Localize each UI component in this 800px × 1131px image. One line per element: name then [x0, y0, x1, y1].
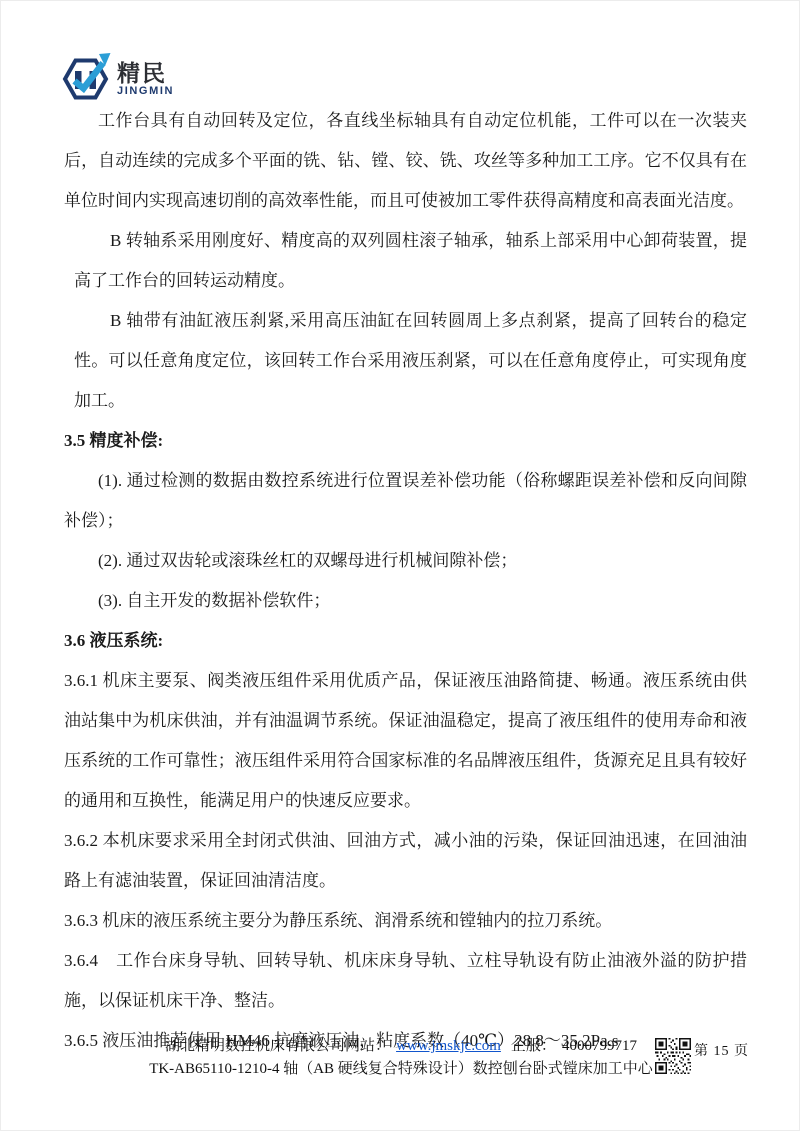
list-item-compensation-1: (1). 通过检测的数据由数控系统进行位置误差补偿功能（俗称螺距误差补偿和反向间…	[64, 461, 747, 541]
logo-name-en: JINGMIN	[117, 85, 174, 98]
section-heading-3-6: 3.6 液压系统:	[64, 621, 747, 661]
logo-name-cn: 精民	[117, 61, 174, 85]
document-body: 工作台具有自动回转及定位，各直线坐标轴具有自动定位机能，工件可以在一次装夹后，自…	[64, 101, 747, 1061]
jingmin-hexagon-logo-icon	[61, 53, 111, 105]
company-logo: 精民 JINGMIN	[61, 53, 174, 105]
qr-code	[655, 1038, 691, 1074]
paragraph-worktable-intro: 工作台具有自动回转及定位，各直线坐标轴具有自动定位机能，工件可以在一次装夹后，自…	[64, 101, 747, 221]
logo-wordmark: 精民 JINGMIN	[117, 61, 174, 98]
footer-website-link[interactable]: www.jmskjc.com	[396, 1038, 501, 1054]
page-number: 第 15 页	[694, 1040, 749, 1060]
footer-service-label: 企服：	[511, 1038, 556, 1054]
list-item-compensation-2: (2). 通过双齿轮或滚珠丝杠的双螺母进行机械间隙补偿；	[64, 541, 747, 581]
list-item-compensation-3: (3). 自主开发的数据补偿软件；	[64, 581, 747, 621]
document-page: 精民 JINGMIN 工作台具有自动回转及定位，各直线坐标轴具有自动定位机能，工…	[0, 0, 800, 1131]
footer-company-site-label: 湖北精明数控机床有限公司网站：	[165, 1038, 390, 1054]
paragraph-3-6-4: 3.6.4 工作台床身导轨、回转导轨、机床床身导轨、立柱导轨设有防止油液外溢的防…	[64, 941, 747, 1021]
section-heading-3-5: 3.5 精度补偿:	[64, 421, 747, 461]
paragraph-b-axis-bearing: B 转轴系采用刚度好、精度高的双列圆柱滚子轴承，轴系上部采用中心卸荷装置，提高了…	[64, 221, 747, 301]
paragraph-3-6-1: 3.6.1 机床主要泵、阀类液压组件采用优质产品，保证液压油路简捷、畅通。液压系…	[64, 661, 747, 821]
paragraph-3-6-3: 3.6.3 机床的液压系统主要分为静压系统、润滑系统和镗轴内的拉刀系统。	[64, 901, 747, 941]
footer-service-phone: 4000799717	[562, 1038, 637, 1054]
paragraph-3-6-2: 3.6.2 本机床要求采用全封闭式供油、回油方式，减小油的污染，保证回油迅速，在…	[64, 821, 747, 901]
paragraph-b-axis-clamp: B 轴带有油缸液压刹紧,采用高压油缸在回转圆周上多点刹紧，提高了回转台的稳定性。…	[64, 301, 747, 421]
